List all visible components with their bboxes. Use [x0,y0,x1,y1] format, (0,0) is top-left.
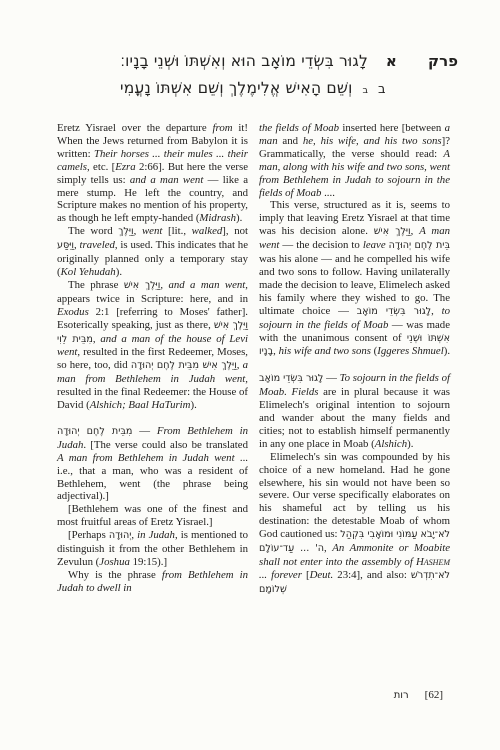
verse-line-1: פרק א לָגוּר בִּשְׂדֵי מוֹאָב הוּא וְאִש… [50,52,458,70]
verse-line-2: ב ב וְשֵׁם הָאִישׁ אֱלִימֶלֶךְ וְשֵׁם אִ… [50,79,458,97]
column-right: the fields of Moab inserted here [betwee… [259,122,450,597]
commentary-paragraph: Why is the phrase from Bethlehem in Juda… [57,569,248,595]
page-footer: רות [62] [394,689,443,701]
commentary-paragraph: Elimelech's sin was compounded by his ch… [259,451,450,597]
commentary-paragraph: Eretz Yisrael over the departure from it… [57,122,248,225]
commentary-paragraph: מִבֵּית לֶחֶם יְהוּדָה — From Bethlehem … [57,425,248,503]
commentary-paragraph: This verse, structured as it is, seems t… [259,199,450,359]
commentary-page: פרק א לָגוּר בִּשְׂדֵי מוֹאָב הוּא וְאִש… [0,0,500,750]
verse-2-margin-letter: ב [378,82,458,97]
commentary-columns: Eretz Yisrael over the departure from it… [57,122,450,597]
commentary-paragraph: [Bethlehem was one of the finest and mos… [57,503,248,529]
verse-2-text: וְשֵׁם הָאִישׁ אֱלִימֶלֶךְ וְשֵׁם אִשְׁת… [120,79,352,97]
commentary-paragraph: The word וַיֵּלֶךְ, went [lit., walked],… [57,225,248,279]
commentary-paragraph: The phrase וַיֵּלֶךְ אִישׁ, and a man we… [57,279,248,412]
hebrew-verse-header: פרק א לָגוּר בִּשְׂדֵי מוֹאָב הוּא וְאִש… [50,52,458,106]
commentary-paragraph: לָגוּר בִּשְׂדֵי מוֹאָב — To sojourn in … [259,372,450,450]
column-left: Eretz Yisrael over the departure from it… [57,122,248,597]
footer-book-title: רות [394,690,409,701]
commentary-paragraph: [Perhaps יְהוּדָה, in Judah, is mentione… [57,529,248,569]
chapter-heading: פרק א [378,52,458,70]
footer-page-number: [62] [425,689,443,701]
verse-2-number-marker: ב [363,85,369,96]
verse-1-text: לָגוּר בִּשְׂדֵי מוֹאָב הוּא וְאִשְׁתּוֹ… [120,52,368,70]
commentary-paragraph: the fields of Moab inserted here [betwee… [259,122,450,199]
